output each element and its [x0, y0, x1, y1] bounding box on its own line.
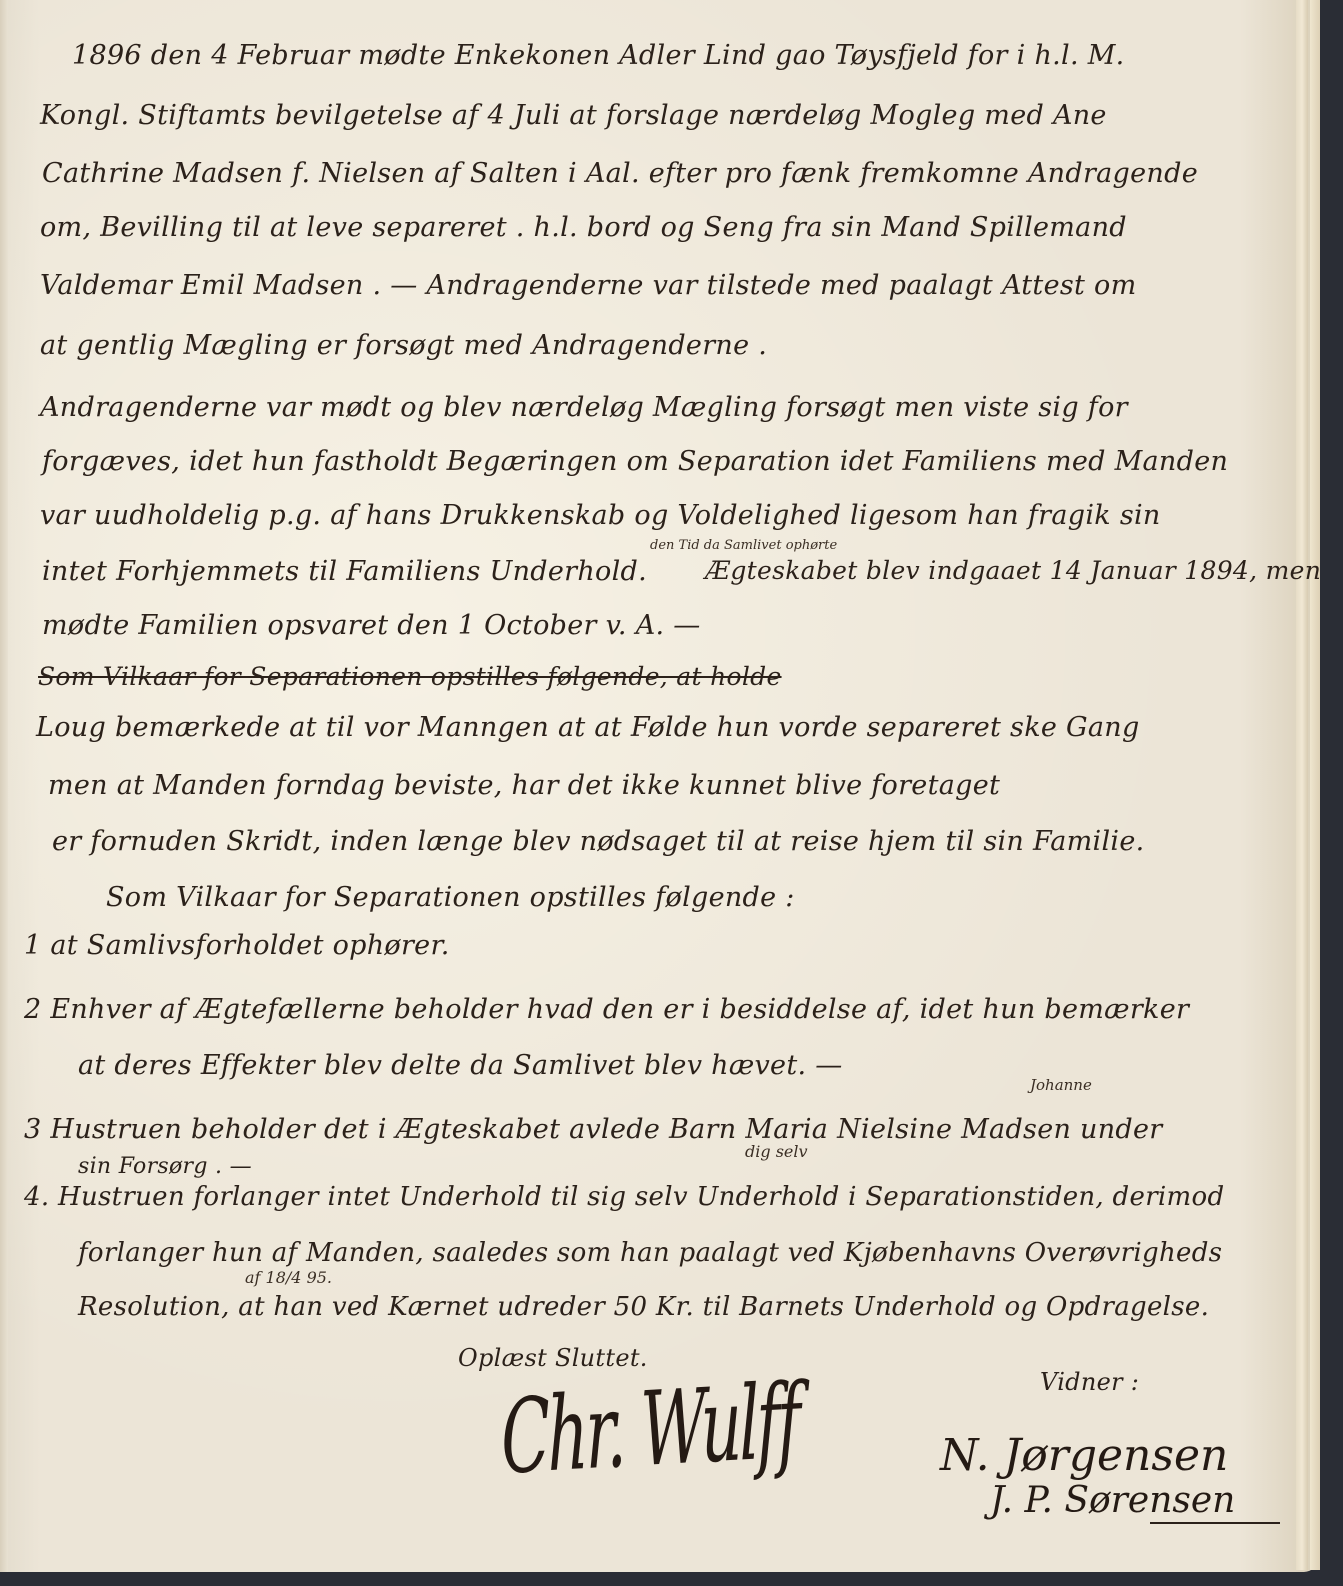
document-page: 1896 den 4 Februar mødte Enkekonen Adler…: [0, 0, 1318, 1572]
text-line: er fornuden Skridt, inden længe blev nød…: [52, 826, 1144, 857]
text-line: var uudholdelig p.g. af hans Drukkenskab…: [40, 500, 1161, 531]
text-line: mødte Familien opsvaret den 1 October v.…: [42, 610, 701, 641]
text-line: 1896 den 4 Februar mødte Enkekonen Adler…: [72, 40, 1125, 71]
text-line: Som Vilkaar for Separationen opstilles f…: [106, 882, 795, 913]
condition-2: 2 Enhver af Ægtefællerne beholder hvad d…: [24, 994, 1189, 1025]
text-line: Kongl. Stiftamts bevilgetelse af 4 Juli …: [40, 100, 1107, 131]
interlinear-note: Johanne: [1030, 1076, 1092, 1094]
condition-4-cont: Resolution, at han ved Kærnet udreder 50…: [78, 1292, 1209, 1322]
interlinear-note: af 18/4 95.: [245, 1268, 332, 1287]
signature-underline: [1150, 1522, 1280, 1524]
text-line: men at Manden forndag beviste, har det i…: [48, 770, 1000, 801]
condition-2-cont: at deres Effekter blev delte da Samlivet…: [78, 1050, 843, 1081]
text-line: intet Forhjemmets til Familiens Underhol…: [42, 556, 647, 587]
signature-witness-1: N. Jørgensen: [940, 1430, 1228, 1481]
text-line: Loug bemærkede at til vor Manngen at at …: [36, 712, 1140, 743]
interlinear-note: dig selv: [745, 1142, 808, 1161]
text-line: Andragenderne var mødt og blev nærdeløg …: [40, 392, 1128, 423]
signature-chairman: Chr. Wulff: [500, 1363, 799, 1498]
text-line: forgæves, idet hun fastholdt Begæringen …: [42, 446, 1228, 477]
text-line: Cathrine Madsen f. Nielsen af Salten i A…: [42, 158, 1198, 189]
witnesses-label: Vidner :: [1040, 1368, 1139, 1396]
page-stack-edge: [1296, 0, 1308, 1570]
text-line: at gentlig Mægling er forsøgt med Andrag…: [40, 330, 767, 361]
page-stack-edge: [1310, 0, 1320, 1570]
interlinear-note: den Tid da Samlivet ophørte: [650, 538, 837, 553]
text-line: Valdemar Emil Madsen . — Andragenderne v…: [40, 270, 1137, 301]
struck-text-line: Som Vilkaar for Separationen opstilles f…: [38, 662, 782, 691]
condition-3-cont: sin Forsørg . —: [78, 1154, 252, 1179]
condition-3: 3 Hustruen beholder det i Ægteskabet avl…: [24, 1114, 1163, 1145]
closing-label: Oplæst Sluttet.: [458, 1344, 648, 1372]
signature-witness-2: J. P. Sørensen: [990, 1480, 1235, 1521]
text-line: Ægteskabet blev indgaaet 14 Januar 1894,…: [705, 556, 1321, 585]
condition-1: 1 at Samlivsforholdet ophører.: [24, 930, 450, 961]
condition-4: 4. Hustruen forlanger intet Underhold ti…: [24, 1182, 1224, 1212]
text-line: om, Bevilling til at leve separeret . h.…: [40, 212, 1127, 243]
page-left-edge: [0, 0, 8, 1572]
condition-4-cont: forlanger hun af Manden, saaledes som ha…: [78, 1238, 1222, 1268]
